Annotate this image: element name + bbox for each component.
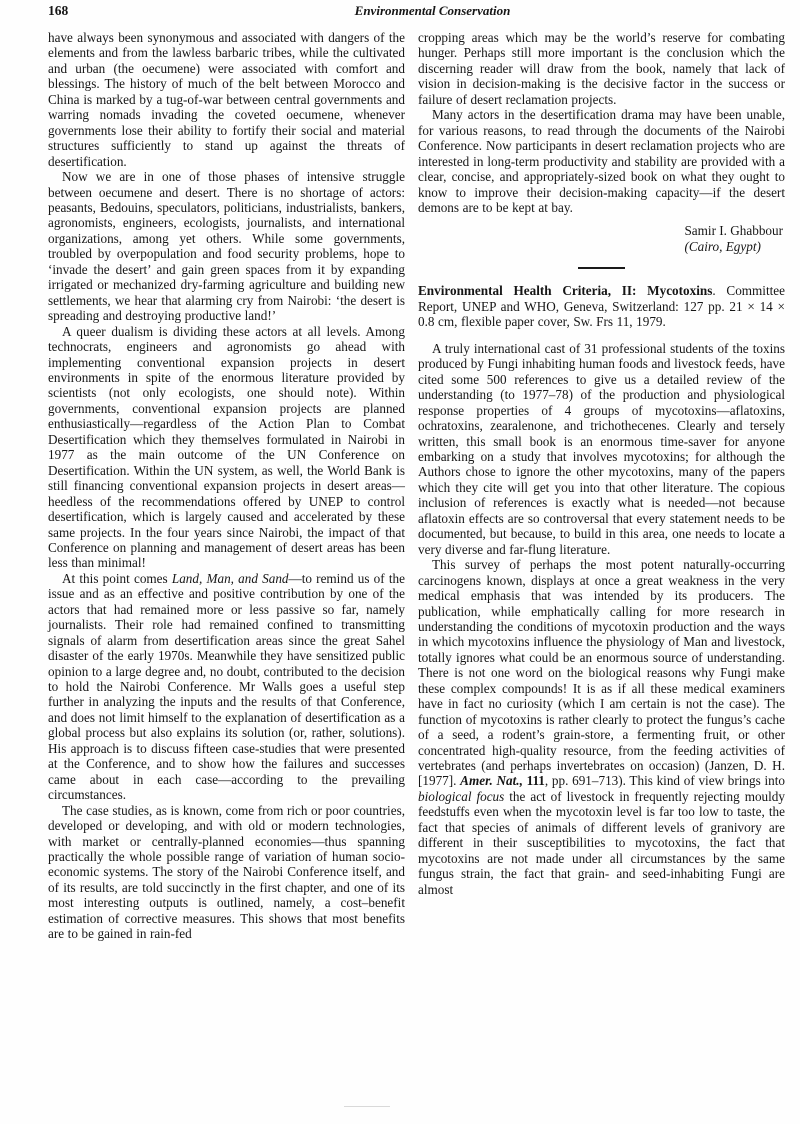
text-segment: the act of livestock in frequently rejec… — [418, 789, 785, 897]
text-columns: have always been synonymous and associat… — [48, 30, 785, 942]
book-title-inline: Land, Man, and Sand — [172, 571, 289, 586]
text-segment: —to remind us of the issue and as an eff… — [48, 571, 405, 802]
right-column: cropping areas which may be the world’s … — [418, 30, 785, 942]
reviewer-name: Samir I. Ghabbour — [684, 223, 783, 239]
book-citation: Environmental Health Criteria, II: Mycot… — [418, 283, 785, 329]
reviewer-location: (Cairo, Egypt) — [684, 239, 783, 255]
journal-title: Environmental Conservation — [64, 3, 800, 19]
journal-citation-inline: Amer. Nat., — [460, 773, 526, 788]
paragraph: The case studies, as is known, come from… — [48, 803, 405, 942]
book-title: Environmental Health Criteria, II: Mycot… — [418, 283, 712, 298]
emphasis-inline: biological focus — [418, 789, 504, 804]
volume-number: 111 — [527, 773, 545, 788]
paragraph: This survey of perhaps the most potent n… — [418, 557, 785, 897]
text-segment: This survey of perhaps the most potent n… — [418, 557, 785, 788]
text-segment: At this point comes — [62, 571, 172, 586]
section-divider — [578, 267, 625, 269]
journal-page: 168 Environmental Conservation have alwa… — [0, 0, 800, 1124]
scan-artifact-mark — [344, 1106, 390, 1107]
paragraph-continuation: have always been synonymous and associat… — [48, 30, 405, 169]
paragraph: A truly international cast of 31 profess… — [418, 341, 785, 557]
left-column: have always been synonymous and associat… — [48, 30, 405, 942]
paragraph: Many actors in the desertification drama… — [418, 107, 785, 215]
paragraph-continuation: cropping areas which may be the world’s … — [418, 30, 785, 107]
text-segment: , pp. 691–713). This kind of view brings… — [545, 773, 785, 788]
paragraph: At this point comes Land, Man, and Sand—… — [48, 571, 405, 803]
reviewer-signature: Samir I. Ghabbour (Cairo, Egypt) — [684, 223, 783, 254]
paragraph: Now we are in one of those phases of int… — [48, 169, 405, 324]
page-header: 168 Environmental Conservation — [48, 3, 785, 30]
paragraph: A queer dualism is dividing these actors… — [48, 324, 405, 571]
